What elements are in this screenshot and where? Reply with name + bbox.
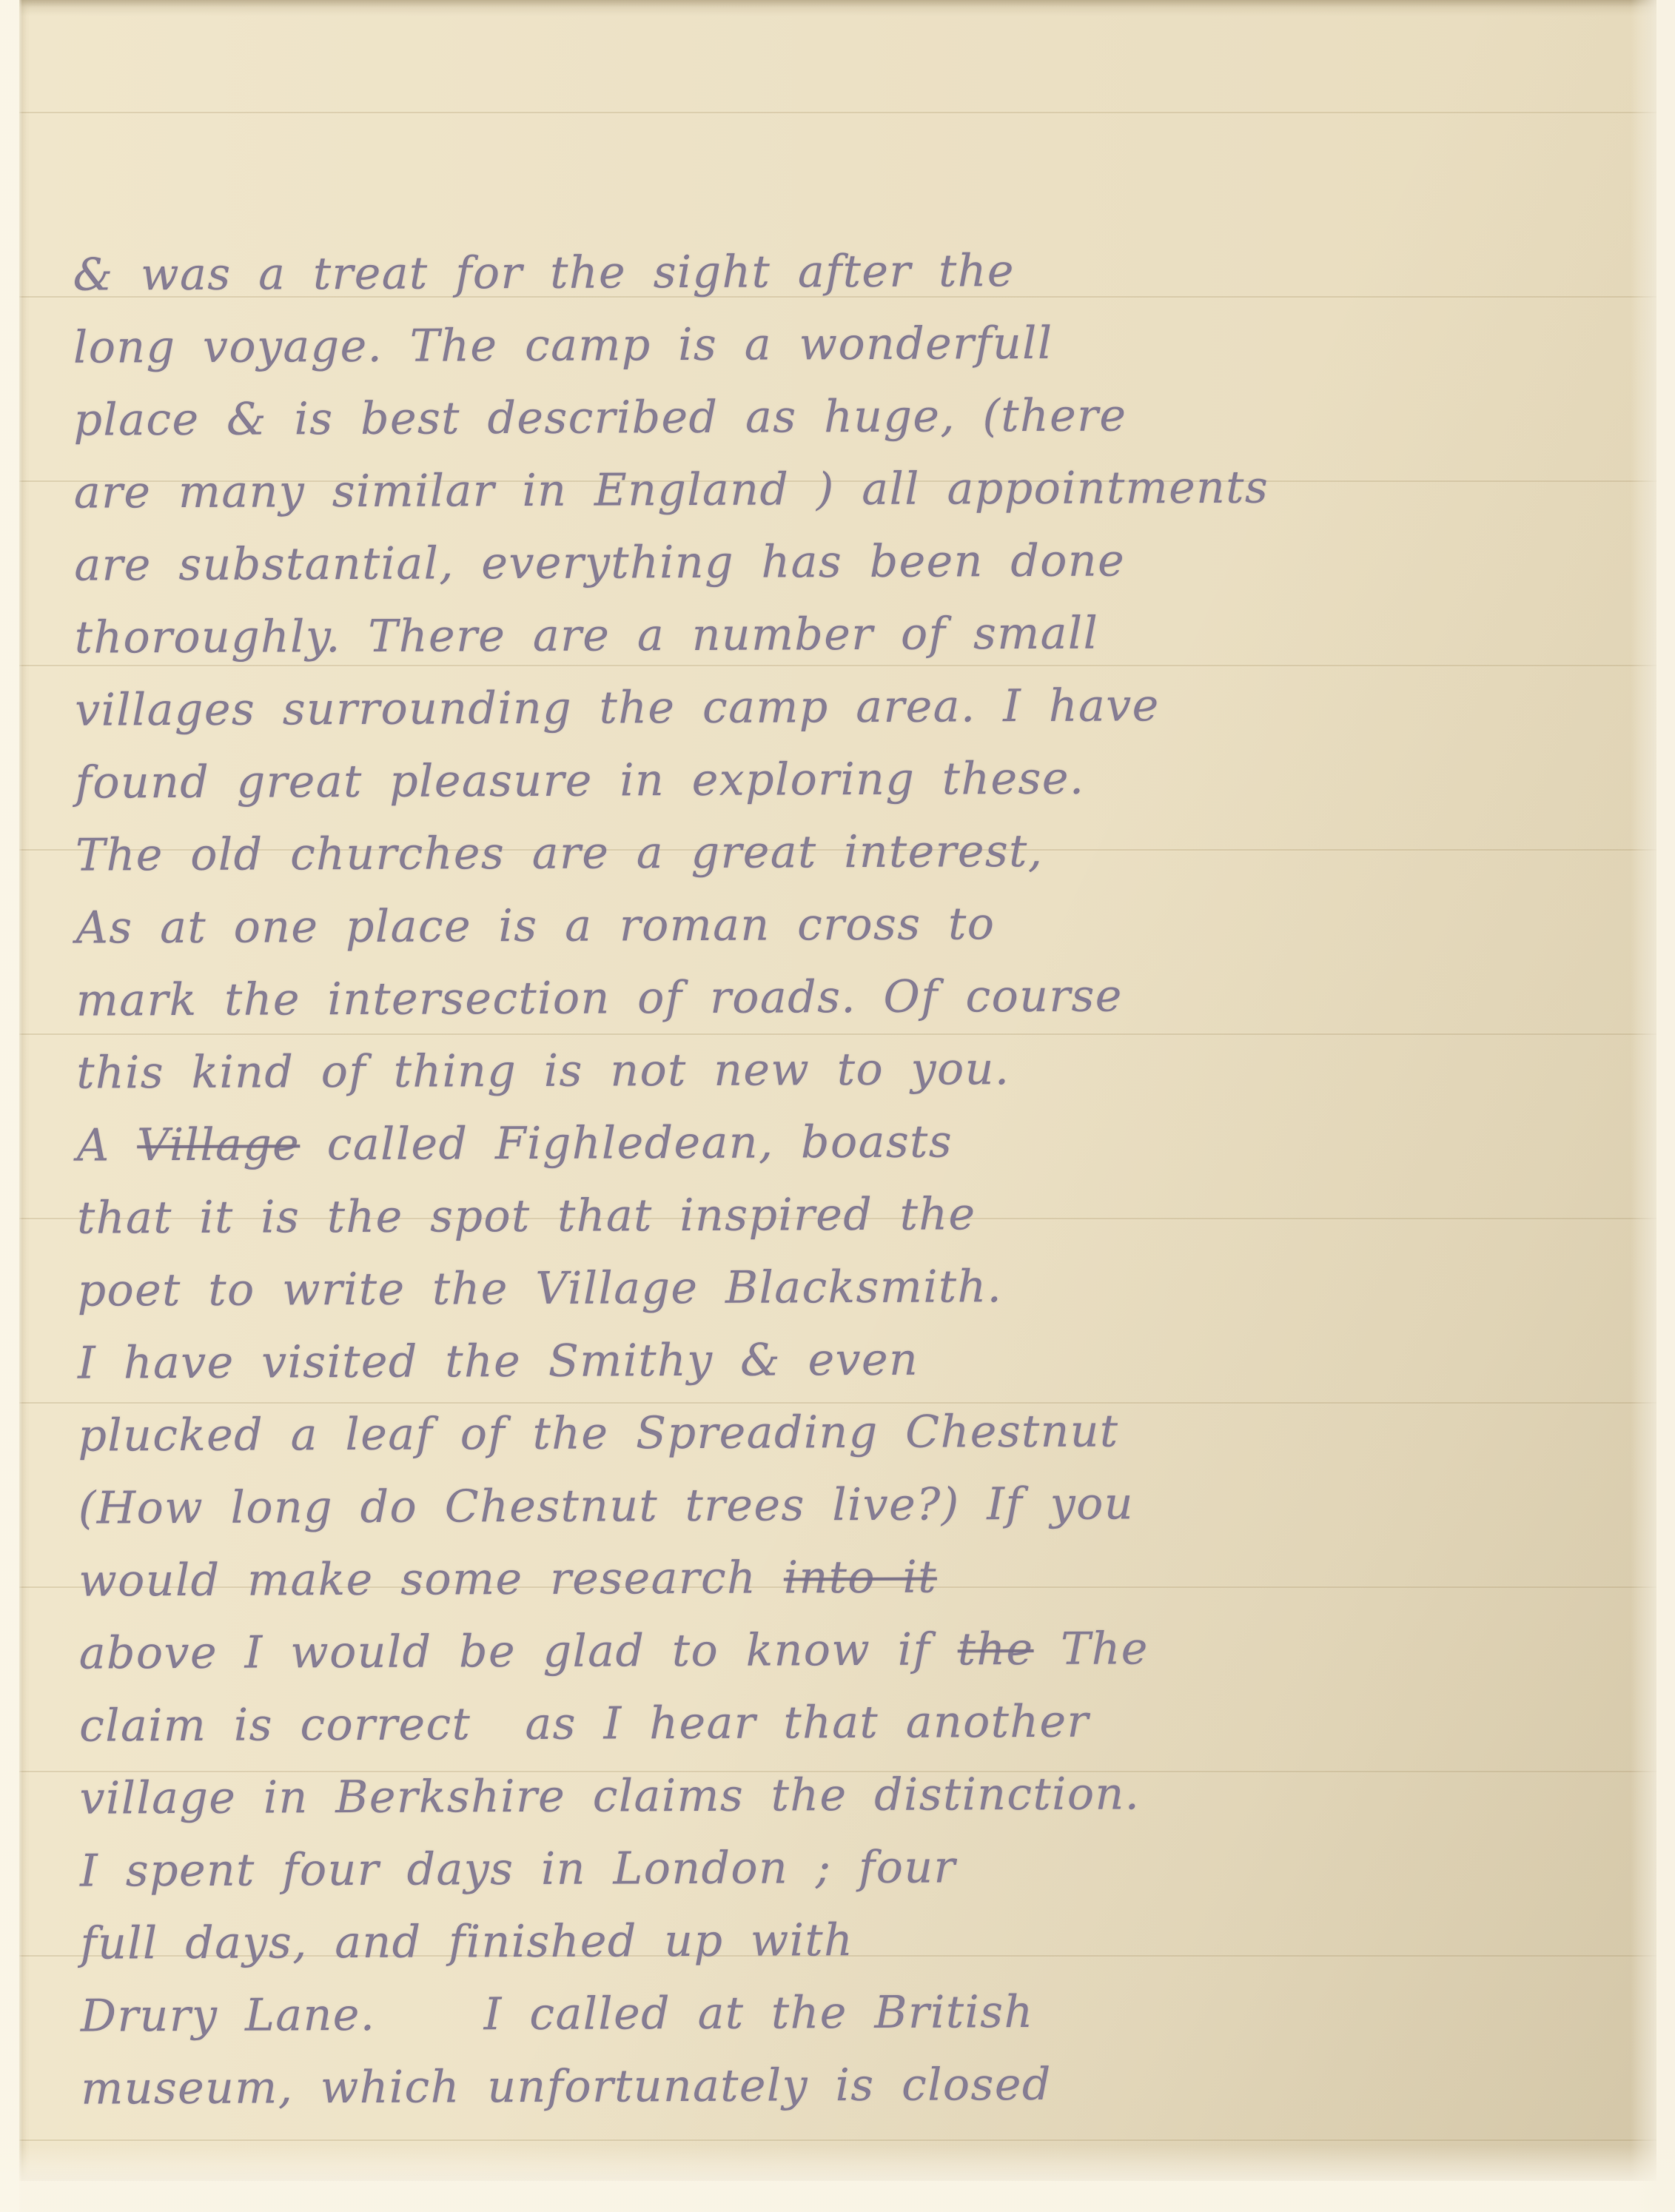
letter-line: place & is best described as huge, (ther… [73, 377, 1635, 456]
letter-line: (How long do Chestnut trees live?) If yo… [78, 1465, 1640, 1544]
letter-text-segment: The [1033, 1623, 1149, 1675]
scanned-letter: & was a treat for the sight after thelon… [0, 0, 1675, 2212]
letter-text-segment: villages surrounding the camp area. I ha… [75, 680, 1160, 736]
letter-text-segment: are many similar in England ) all appoin… [74, 462, 1269, 519]
letter-text-segment: would make some research [78, 1552, 784, 1606]
letter-text-segment: I have visited the Smithy & even [78, 1334, 919, 1390]
letter-text-segment: place & is best described as huge, (ther… [73, 389, 1127, 446]
letter-text-segment: museum, which unfortunately is closed [81, 2059, 1052, 2115]
letter-line: The old churches are a great interest, [75, 812, 1637, 891]
letter-line: that it is the spot that inspired the [77, 1175, 1639, 1254]
letter-line: mark the intersection of roads. Of cours… [76, 957, 1638, 1036]
letter-line: poet to write the Village Blacksmith. [77, 1247, 1639, 1327]
letter-line: full days, and finished up with [80, 1900, 1642, 1980]
letter-line: above I would be glad to know if the The [79, 1610, 1641, 1689]
letter-text-segment: are substantial, everything has been don… [74, 534, 1125, 591]
letter-line: Drury Lane. I called at the British [81, 1973, 1642, 2052]
letter-line: & was a treat for the sight after the [73, 232, 1634, 311]
letter-line: are substantial, everything has been don… [74, 522, 1636, 601]
letter-text-segment: this kind of thing is not new to you. [76, 1043, 1010, 1099]
letter-line: A Village called Fighledean, boasts [77, 1102, 1639, 1182]
letter-line: found great pleasure in exploring these. [75, 740, 1637, 819]
letter-line: this kind of thing is not new to you. [76, 1030, 1638, 1109]
letter-line: plucked a leaf of the Spreading Chestnut [78, 1392, 1639, 1472]
letter-text-segment: village in Berkshire claims the distinct… [79, 1768, 1140, 1824]
letter-text-segment: found great pleasure in exploring these. [75, 753, 1085, 809]
letter-line: village in Berkshire claims the distinct… [79, 1755, 1641, 1834]
letter-line: villages surrounding the camp area. I ha… [75, 667, 1637, 746]
letter-line: As at one place is a roman cross to [75, 885, 1637, 964]
letter-text-segment: thoroughly. There are a number of small [75, 608, 1099, 664]
letter-text-segment: A [77, 1119, 138, 1171]
letter-text-segment: plucked a leaf of the Spreading Chestnut [78, 1405, 1118, 1461]
letter-text-segment: (How long do Chestnut trees live?) If yo… [78, 1478, 1134, 1534]
letter-text-segment: that it is the spot that inspired the [77, 1188, 976, 1244]
letter-line: claim is correct as I hear that another [79, 1683, 1641, 1762]
letter-page: & was a treat for the sight after thelon… [19, 0, 1656, 2181]
strikethrough-text: into it [784, 1552, 937, 1604]
letter-text-segment: claim is correct as I hear that another [79, 1696, 1090, 1752]
letter-text-segment: Drury Lane. I called at the British [81, 1986, 1034, 2042]
letter-text-segment: The old churches are a great interest, [75, 825, 1044, 882]
letter-line: are many similar in England ) all appoin… [74, 449, 1636, 529]
letter-text-segment: full days, and finished up with [80, 1914, 853, 1970]
letter-text-segment: long voyage. The camp is a wonderfull [73, 318, 1053, 374]
letter-line: museum, which unfortunately is closed [81, 2045, 1642, 2125]
letter-text-segment: called Fighledean, boasts [300, 1116, 953, 1170]
letter-text-segment: I spent four days in London ; four [80, 1841, 956, 1897]
letter-line: would make some research into it [78, 1538, 1640, 1617]
letter-text-segment: & was a treat for the sight after the [73, 245, 1016, 301]
letter-text-segment: As at one place is a roman cross to [75, 898, 995, 953]
strikethrough-text: the [958, 1623, 1034, 1675]
letter-text-segment: mark the intersection of roads. Of cours… [76, 970, 1123, 1026]
letter-line: I spent four days in London ; four [80, 1828, 1642, 1907]
letter-text-segment: above I would be glad to know if [79, 1623, 958, 1679]
strikethrough-text: Village [137, 1119, 300, 1171]
letter-line: thoroughly. There are a number of small [75, 594, 1637, 674]
letter-text-segment: poet to write the Village Blacksmith. [77, 1261, 1002, 1316]
letter-line: long voyage. The camp is a wonderfull [73, 304, 1635, 383]
letter-body: & was a treat for the sight after thelon… [73, 232, 1642, 2125]
letter-line: I have visited the Smithy & even [78, 1320, 1639, 1399]
